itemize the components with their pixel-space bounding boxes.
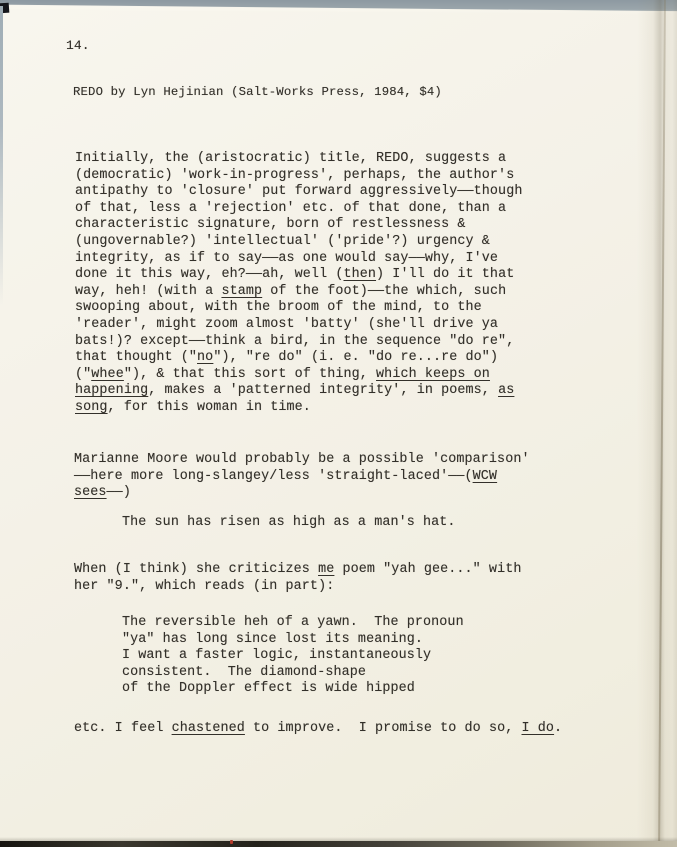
review-title: REDO by Lyn Hejinian (Salt-Works Press, … xyxy=(73,84,442,101)
text-line: ("whee"), & that this sort of thing, whi… xyxy=(75,367,522,384)
text-run: poem "yah gee..." with xyxy=(334,562,521,577)
text-line: Initially, the (aristocratic) title, RED… xyxy=(75,151,522,168)
text-run: ) I'll do it that xyxy=(376,267,514,282)
text-run: characteristic signature, born of restle… xyxy=(75,217,466,232)
text-line: consistent. The diamond-shape xyxy=(122,665,464,682)
text-run: , for this woman in time. xyxy=(108,400,311,415)
red-speck xyxy=(230,840,233,844)
text-run: (democratic) 'work-in-progress', perhaps… xyxy=(75,168,514,183)
text-line: done it this way, eh?——ah, well (then) I… xyxy=(75,267,522,284)
underlined-text: stamp xyxy=(221,284,262,299)
scanned-page: 14. REDO by Lyn Hejinian (Salt-Works Pre… xyxy=(0,0,677,847)
underlined-text: WCW xyxy=(473,469,497,484)
underlined-text: which keeps on xyxy=(376,367,490,382)
text-run: done it this way, eh?——ah, well ( xyxy=(75,267,343,282)
text-line: "ya" has long since lost its meaning. xyxy=(122,632,464,649)
text-line: of the Doppler effect is wide hipped xyxy=(122,681,464,698)
text-line: The reversible heh of a yawn. The pronou… xyxy=(122,615,464,632)
text-line: When (I think) she criticizes me poem "y… xyxy=(74,562,521,579)
page-curl-shadow xyxy=(637,0,677,847)
text-run: The reversible heh of a yawn. The pronou… xyxy=(122,615,464,630)
text-run: Marianne Moore would probably be a possi… xyxy=(74,452,530,467)
text-run: 'reader', might zoom almost 'batty' (she… xyxy=(75,317,498,332)
text-line: sees——) xyxy=(74,485,530,502)
text-line: (ungovernable?) 'intellectual' ('pride'?… xyxy=(75,234,522,251)
text-run: , makes a 'patterned integrity', in poem… xyxy=(148,383,498,398)
text-line: Marianne Moore would probably be a possi… xyxy=(74,452,530,469)
underlined-text: chastened xyxy=(172,721,245,736)
criticism-paragraph: When (I think) she criticizes me poem "y… xyxy=(74,562,521,595)
text-run: to improve. I promise to do so, xyxy=(245,721,522,736)
text-run: When (I think) she criticizes xyxy=(74,562,318,577)
text-run: "ya" has long since lost its meaning. xyxy=(122,632,423,647)
underlined-text: sees xyxy=(74,485,107,500)
text-line: antipathy to 'closure' put forward aggre… xyxy=(75,184,522,201)
text-run: (ungovernable?) 'intellectual' ('pride'?… xyxy=(75,234,490,249)
text-run: her "9.", which reads (in part): xyxy=(74,579,334,594)
text-run: ——here more long-slangey/less 'straight-… xyxy=(74,469,473,484)
text-line: (democratic) 'work-in-progress', perhaps… xyxy=(75,168,522,185)
page-number: 14. xyxy=(66,38,90,55)
text-run: swooping about, with the broom of the mi… xyxy=(75,300,482,315)
underlined-text: no xyxy=(197,350,213,365)
page-bottom-edge xyxy=(0,841,677,847)
text-run: way, heh! (with a xyxy=(75,284,221,299)
text-run: antipathy to 'closure' put forward aggre… xyxy=(75,184,522,199)
text-line: The sun has risen as high as a man's hat… xyxy=(122,515,456,532)
text-run: I want a faster logic, instantaneously xyxy=(122,648,431,663)
underlined-text: me xyxy=(318,562,334,577)
text-run: The sun has risen as high as a man's hat… xyxy=(122,515,456,530)
text-run: bats!)? except——think a bird, in the seq… xyxy=(75,334,514,349)
text-run: "), & that this sort of thing, xyxy=(124,367,376,382)
underlined-text: then xyxy=(343,267,376,282)
text-line: characteristic signature, born of restle… xyxy=(75,217,522,234)
text-line: bats!)? except——think a bird, in the seq… xyxy=(75,334,522,351)
text-line: of that, less a 'rejection' etc. of that… xyxy=(75,201,522,218)
text-run: (" xyxy=(75,367,91,382)
text-line: her "9.", which reads (in part): xyxy=(74,579,521,596)
text-line: etc. I feel chastened to improve. I prom… xyxy=(74,721,562,738)
text-line: happening, makes a 'patterned integrity'… xyxy=(75,383,522,400)
text-run: ——) xyxy=(107,485,131,500)
review-paragraph-main: Initially, the (aristocratic) title, RED… xyxy=(75,151,522,417)
text-run: that thought (" xyxy=(75,350,197,365)
quoted-line-sun: The sun has risen as high as a man's hat… xyxy=(122,515,456,532)
underlined-text: I do xyxy=(522,721,555,736)
text-run: of the foot)——the which, such xyxy=(262,284,506,299)
text-run: etc. I feel xyxy=(74,721,172,736)
text-line: swooping about, with the broom of the mi… xyxy=(75,300,522,317)
text-line: that thought ("no"), "re do" (i. e. "do … xyxy=(75,350,522,367)
text-run: "), "re do" (i. e. "do re...re do") xyxy=(213,350,498,365)
poem-excerpt: The reversible heh of a yawn. The pronou… xyxy=(122,615,464,698)
text-run: of the Doppler effect is wide hipped xyxy=(122,681,415,696)
text-run: integrity, as if to say——as one would sa… xyxy=(75,251,498,266)
text-line: song, for this woman in time. xyxy=(75,400,522,417)
text-run: of that, less a 'rejection' etc. of that… xyxy=(75,201,506,216)
text-run: Initially, the (aristocratic) title, RED… xyxy=(75,151,506,166)
text-line: way, heh! (with a stamp of the foot)——th… xyxy=(75,284,522,301)
text-line: integrity, as if to say——as one would sa… xyxy=(75,251,522,268)
text-run: consistent. The diamond-shape xyxy=(122,665,366,680)
text-line: I want a faster logic, instantaneously xyxy=(122,648,464,665)
comparison-paragraph: Marianne Moore would probably be a possi… xyxy=(74,452,530,502)
underlined-text: song xyxy=(75,400,108,415)
page-left-edge xyxy=(0,6,3,306)
text-line: ——here more long-slangey/less 'straight-… xyxy=(74,469,530,486)
underlined-text: whee xyxy=(91,367,124,382)
text-line: 'reader', might zoom almost 'batty' (she… xyxy=(75,317,522,334)
closing-line: etc. I feel chastened to improve. I prom… xyxy=(74,721,562,738)
underlined-text: as xyxy=(498,383,514,398)
underlined-text: happening xyxy=(75,383,148,398)
text-run: . xyxy=(554,721,562,736)
